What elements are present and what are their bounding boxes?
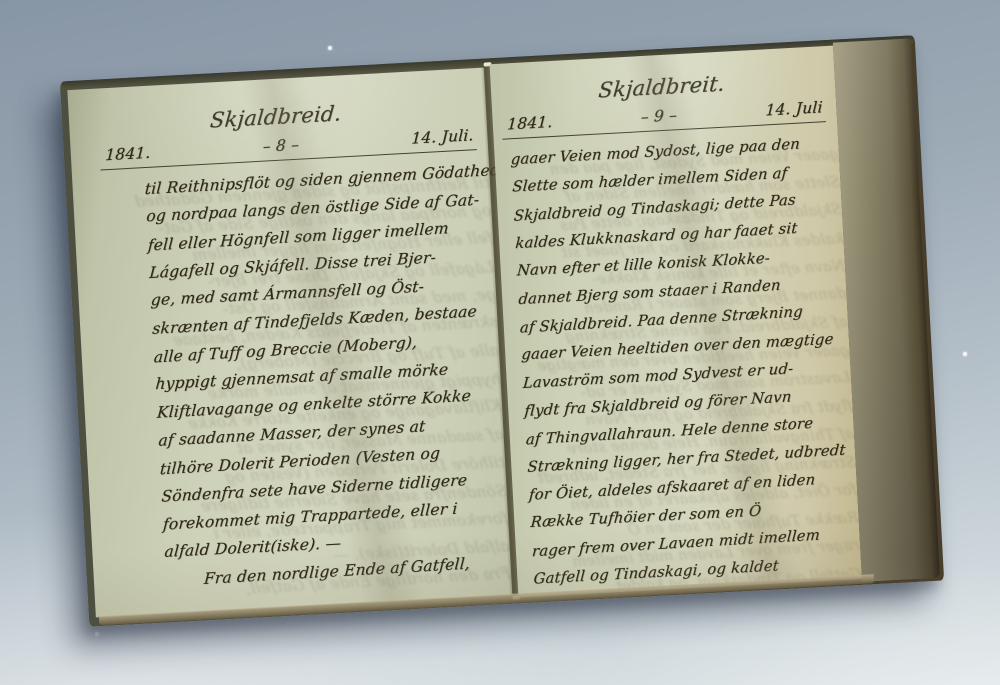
left-page: Skjaldbreid. 1841. – 8 – 14. Juli. til R… [67, 68, 512, 618]
page-number: – 8 – [262, 136, 299, 156]
page-year: 1841. [105, 144, 151, 165]
dust-speck [963, 352, 967, 356]
manuscript-photo: Skjaldbreid. 1841. – 8 – 14. Juli. til R… [0, 0, 1000, 685]
dust-speck [328, 46, 332, 50]
notebook: Skjaldbreid. 1841. – 8 – 14. Juli. til R… [60, 35, 944, 626]
right-page-text: gaaer Veien mod Sydost, lige paa denSlet… [494, 129, 862, 595]
binding-stitch [512, 595, 520, 599]
page-number: – 9 – [640, 106, 677, 126]
page-title: Skjaldbreit. [489, 46, 836, 109]
page-year: 1841. [507, 113, 553, 134]
right-page: Skjaldbreit. 1841. – 9 – 14. Juli gaaer … [490, 46, 862, 598]
page-date: 14. Juli [765, 98, 823, 119]
page-date: 14. Juli. [411, 126, 474, 147]
dust-speck [95, 632, 99, 636]
left-page-text: til Reithnipsflöt og siden gjennem Gödat… [72, 156, 511, 598]
right-page-header: Skjaldbreit. 1841. – 9 – 14. Juli [490, 46, 838, 140]
left-page-header: Skjaldbreid. 1841. – 8 – 14. Juli. [67, 68, 488, 172]
